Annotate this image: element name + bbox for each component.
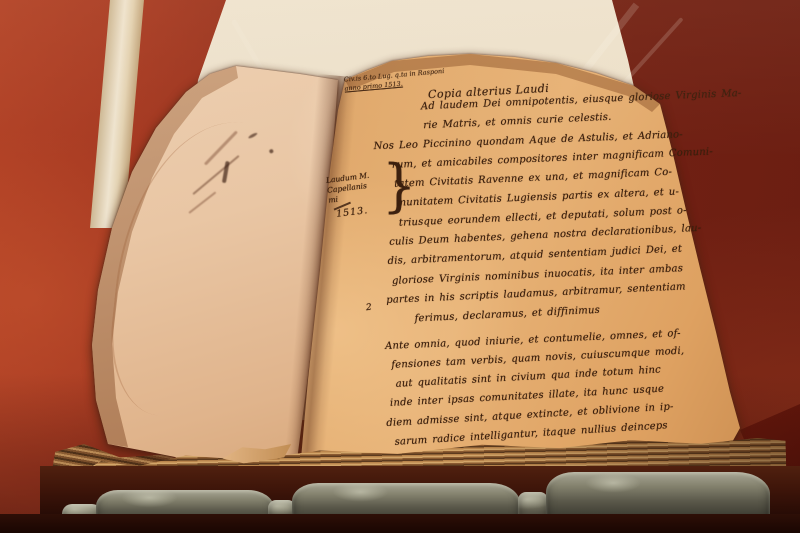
museum-photo-of-open-manuscript: Civ.is 6.to Lug. q.ta in Rasponianno pri… [0, 0, 800, 533]
paragraph-number: 2 [365, 303, 372, 314]
margin-note-lines: Laudum M.Capellanismi [325, 168, 390, 205]
stand-base [0, 514, 800, 533]
manuscript-text: Ad laudem Dei omnipotentis, eiusque glor… [395, 96, 719, 456]
